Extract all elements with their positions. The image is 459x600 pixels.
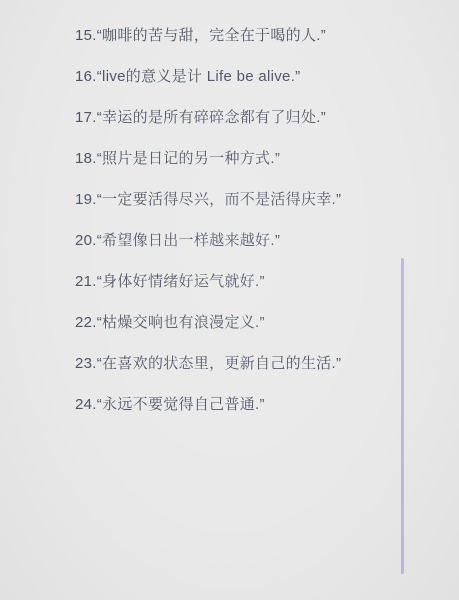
quote-item-19: 19.“一定要活得尽兴，而不是活得庆幸.” — [75, 191, 449, 209]
quote-item-24: 24.“永远不要觉得自己普通.” — [75, 396, 449, 414]
quote-list: 15.“咖啡的苦与甜，完全在于喝的人.” 16.“live的意义是计 Life … — [75, 27, 449, 437]
quote-item-21: 21.“身体好情绪好运气就好.” — [75, 273, 449, 291]
quote-text: “希望像日出一样越来越好.” — [97, 232, 280, 249]
quote-item-18: 18.“照片是日记的另一种方式.” — [75, 150, 449, 168]
quote-item-16: 16.“live的意义是计 Life be alive.” — [75, 68, 449, 86]
quote-number: 19. — [75, 191, 97, 208]
quote-number: 18. — [75, 150, 97, 167]
quote-item-17: 17.“幸运的是所有碎碎念都有了归处.” — [75, 109, 449, 127]
quote-item-15: 15.“咖啡的苦与甜，完全在于喝的人.” — [75, 27, 449, 45]
quote-text: “永远不要觉得自己普通.” — [97, 396, 265, 413]
quote-text: “一定要活得尽兴，而不是活得庆幸.” — [97, 191, 342, 208]
quote-item-22: 22.“枯燥交响也有浪漫定义.” — [75, 314, 449, 332]
quote-number: 24. — [75, 396, 97, 413]
quote-number: 15. — [75, 27, 97, 44]
quote-text: “咖啡的苦与甜，完全在于喝的人.” — [97, 27, 326, 44]
quotes-page: 15.“咖啡的苦与甜，完全在于喝的人.” 16.“live的意义是计 Life … — [0, 0, 459, 600]
quote-number: 16. — [75, 68, 97, 85]
quote-text: “照片是日记的另一种方式.” — [97, 150, 280, 167]
quote-text: “枯燥交响也有浪漫定义.” — [97, 314, 265, 331]
quote-number: 22. — [75, 314, 97, 331]
vertical-divider-line — [401, 258, 404, 574]
quote-text: “live的意义是计 Life be alive.” — [97, 68, 301, 85]
quote-number: 21. — [75, 273, 97, 290]
quote-text: “幸运的是所有碎碎念都有了归处.” — [97, 109, 326, 126]
quote-number: 17. — [75, 109, 97, 126]
quote-number: 23. — [75, 355, 97, 372]
quote-text: “身体好情绪好运气就好.” — [97, 273, 265, 290]
quote-item-20: 20.“希望像日出一样越来越好.” — [75, 232, 449, 250]
quote-text: “在喜欢的状态里，更新自己的生活.” — [97, 355, 342, 372]
quote-number: 20. — [75, 232, 97, 249]
quote-item-23: 23.“在喜欢的状态里，更新自己的生活.” — [75, 355, 449, 373]
